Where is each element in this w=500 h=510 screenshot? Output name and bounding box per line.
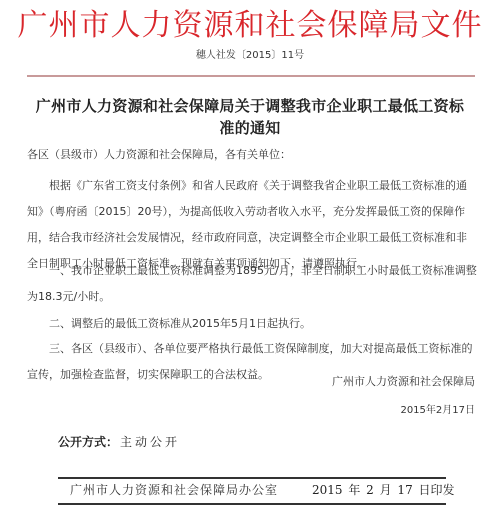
addressee: 各区（县级市）人力资源和社会保障局，各有关单位：: [27, 142, 477, 168]
paragraph-item-2: 二、调整后的最低工资标准从2015年5月1日起执行。: [27, 311, 477, 337]
footer-bottom-rule: [58, 503, 446, 505]
document-header-title: 广州市人力资源和社会保障局文件: [0, 8, 500, 44]
disclosure-value: 主动公开: [120, 435, 180, 449]
signature-date: 2015年2月17日: [400, 403, 475, 419]
footer-print-date: 2015 年 2 月 17 日印发: [312, 481, 455, 499]
document-number: 穗人社发〔2015〕11号: [0, 49, 500, 63]
notice-title: 广州市人力资源和社会保障局关于调整我市企业职工最低工资标 准的通知: [24, 95, 476, 139]
notice-title-line-1: 广州市人力资源和社会保障局关于调整我市企业职工最低工资标: [24, 95, 476, 117]
signature-issuer: 广州市人力资源和社会保障局: [332, 374, 475, 390]
footer-office: 广州市人力资源和社会保障局办公室: [70, 481, 278, 499]
disclosure-method: 公开方式：主动公开: [58, 433, 180, 451]
paragraph-item-1: 一、我市企业职工最低工资标准调整为1895元/月，非全日制职工小时最低工资标准调…: [27, 258, 477, 310]
disclosure-label: 公开方式：: [58, 435, 118, 449]
notice-title-line-2: 准的通知: [24, 117, 476, 139]
header-divider: [27, 75, 475, 77]
footer-top-rule: [58, 477, 446, 479]
